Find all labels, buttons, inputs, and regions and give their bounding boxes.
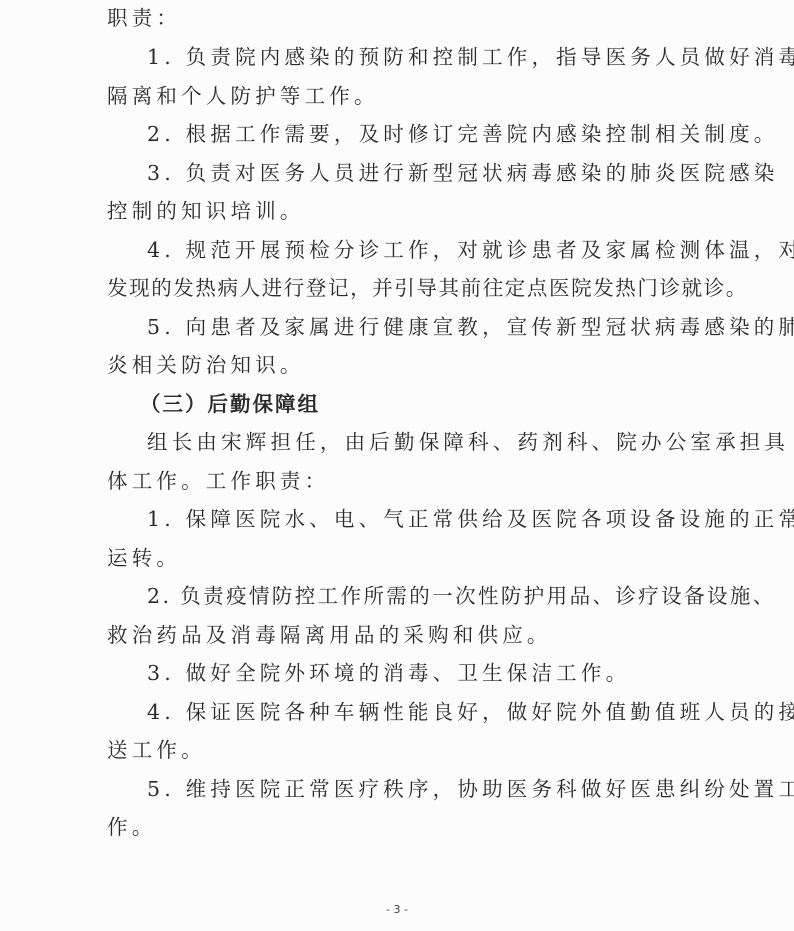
text-line: 炎相关防治知识。	[107, 351, 707, 379]
text-line: 送工作。	[107, 736, 707, 764]
text-line: 控制的知识培训。	[107, 197, 707, 225]
page-number: - 3 -	[0, 903, 794, 916]
text-line: 救治药品及消毒隔离用品的采购和供应。	[107, 621, 707, 649]
text-line: 职责：	[107, 4, 707, 32]
text-line: 作。	[107, 813, 707, 841]
text-line: 发现的发热病人进行登记，并引导其前往定点医院发热门诊就诊。	[107, 274, 707, 302]
text-line: 3. 负责对医务人员进行新型冠状病毒感染的肺炎医院感染	[147, 159, 747, 187]
text-line: 4. 保证医院各种车辆性能良好，做好院外值勤值班人员的接	[147, 698, 747, 726]
text-line: 隔离和个人防护等工作。	[107, 82, 707, 110]
document-page: 职责： 1. 负责院内感染的预防和控制工作，指导医务人员做好消毒、 隔离和个人防…	[0, 0, 794, 931]
text-line: 4. 规范开展预检分诊工作，对就诊患者及家属检测体温，对	[147, 236, 747, 264]
text-line: 5. 维持医院正常医疗秩序，协助医务科做好医患纠纷处置工	[147, 775, 747, 803]
text-line: 2. 负责疫情防控工作所需的一次性防护用品、诊疗设备设施、	[147, 582, 747, 610]
section-heading: （三）后勤保障组	[140, 390, 740, 418]
text-line: 1. 保障医院水、电、气正常供给及医院各项设备设施的正常	[147, 505, 747, 533]
text-line: 体工作。工作职责：	[107, 467, 707, 495]
text-line: 1. 负责院内感染的预防和控制工作，指导医务人员做好消毒、	[147, 43, 747, 71]
text-line: 5. 向患者及家属进行健康宣教，宣传新型冠状病毒感染的肺	[147, 313, 747, 341]
text-line: 2. 根据工作需要，及时修订完善院内感染控制相关制度。	[147, 120, 747, 148]
text-line: 运转。	[107, 544, 707, 572]
text-line: 3. 做好全院外环境的消毒、卫生保洁工作。	[147, 659, 747, 687]
text-line: 组长由宋辉担任，由后勤保障科、药剂科、院办公室承担具	[147, 428, 747, 456]
